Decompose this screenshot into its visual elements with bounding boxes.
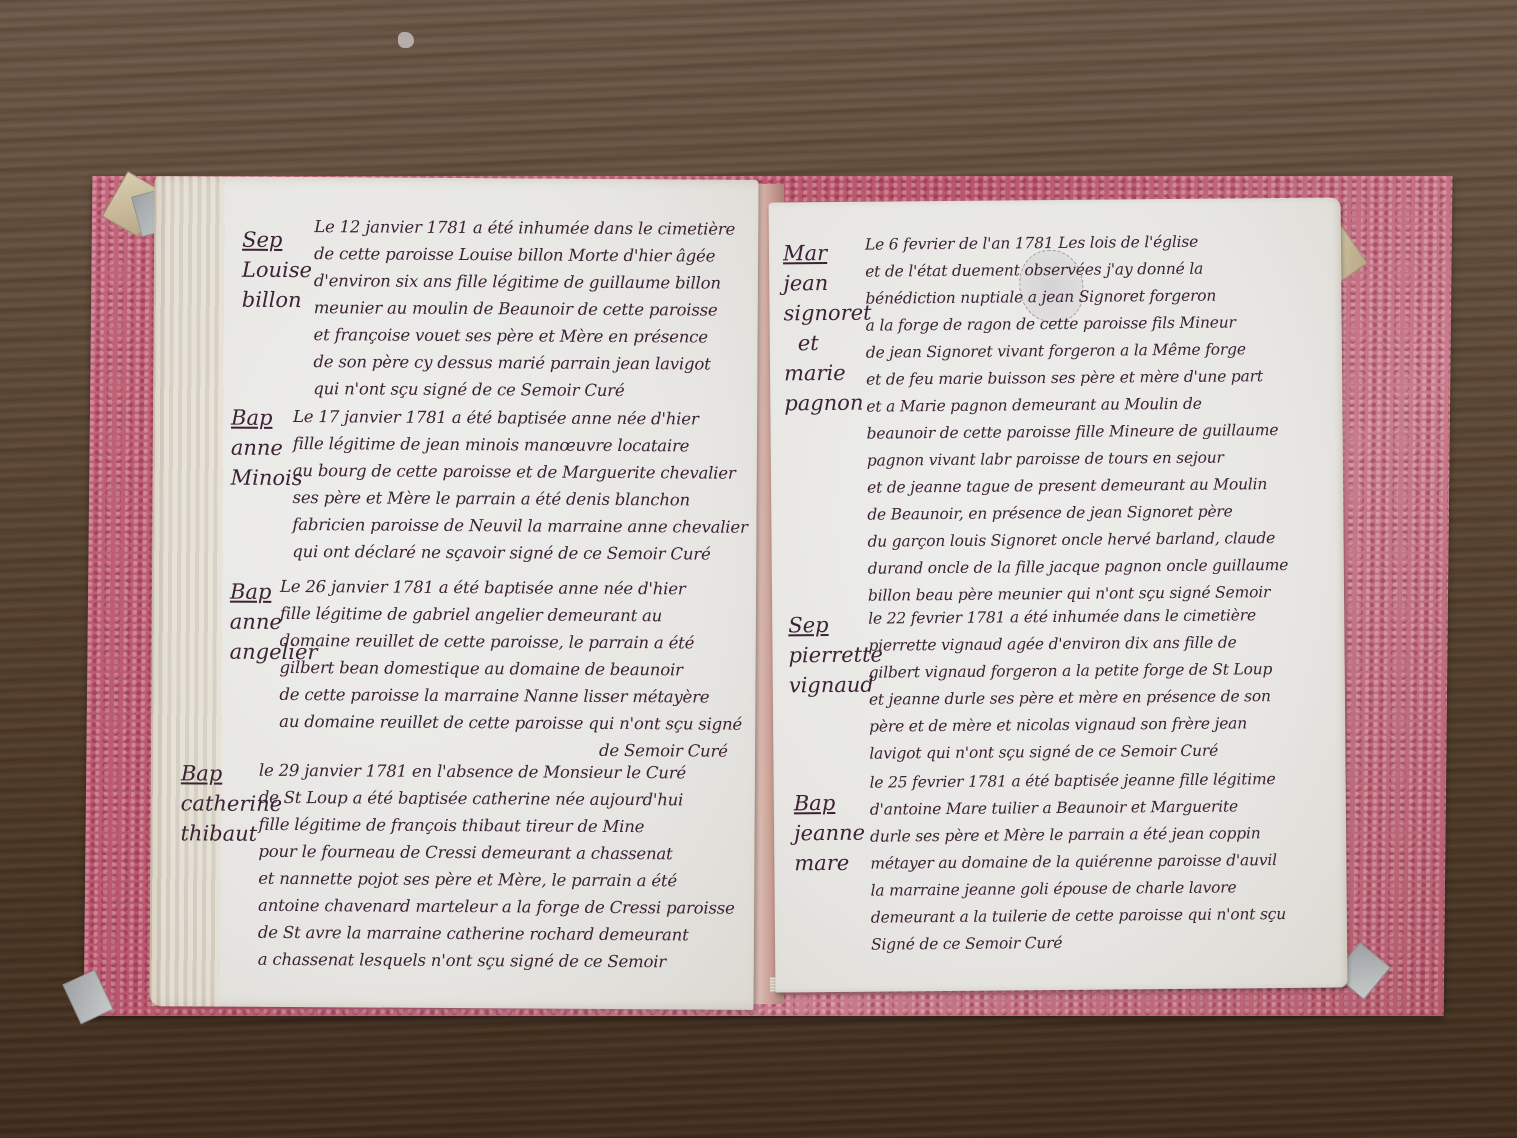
margin-note: Mar jean signoret et marie pagnon [783, 238, 873, 419]
text-line: de Beaunoir, en présence de jean Signore… [867, 498, 1288, 529]
text-line: du garçon louis Signoret oncle hervé bar… [867, 525, 1288, 556]
margin-note: Bap jeanne mare [794, 788, 866, 879]
text-line: et jeanne durle ses père et mère en prés… [869, 683, 1273, 714]
entry-text: le 22 fevrier 1781 a été inhumée dans le… [868, 602, 1273, 768]
text-line: et françoise vouet ses père et Mère en p… [313, 321, 734, 351]
conjunction: et [784, 328, 872, 359]
text-line: bénédiction nuptiale a jean Signoret for… [865, 282, 1286, 313]
text-line: a chassenat lesquels n'ont sçu signé de … [258, 946, 735, 976]
text-line: ses père et Mère le parrain a été denis … [292, 484, 747, 514]
text-line: Le 6 fevrier de l'an 1781 Les lois de l'… [865, 228, 1286, 259]
text-line: de St avre la marraine catherine rochard… [258, 919, 735, 949]
text-line: beaunoir de cette paroisse fille Mineure… [866, 417, 1287, 448]
text-line: qui n'ont sçu signé de ce Semoir Curé [313, 375, 734, 405]
entry-text: Le 6 fevrier de l'an 1781 Les lois de l'… [865, 228, 1289, 610]
text-line: d'environ six ans fille légitime de guil… [314, 267, 735, 297]
text-line: et de l'état duement observées j'ay donn… [865, 255, 1286, 286]
text-line: domaine reuillet de cette paroisse, le p… [280, 627, 743, 657]
text-line: durand oncle de la fille jacque pagnon o… [868, 552, 1289, 583]
person-name: jeanne [794, 818, 865, 849]
text-line: et de feu marie buisson ses père et mère… [866, 363, 1287, 394]
text-line: demeurant a la tuilerie de cette paroiss… [871, 901, 1286, 932]
text-line: fille légitime de gabriel angelier demeu… [280, 600, 743, 630]
text-line: gilbert vignaud forgeron a la petite for… [869, 656, 1273, 687]
text-line: Le 26 janvier 1781 a été baptisée anne n… [280, 573, 743, 603]
text-line: au domaine reuillet de cette paroisse qu… [279, 708, 742, 738]
text-line: meunier au moulin de Beaunoir de cette p… [314, 294, 735, 324]
entry-text: le 25 fevrier 1781 a été baptisée jeanne… [870, 766, 1287, 959]
text-line: pour le fourneau de Cressi demeurant a c… [258, 838, 735, 868]
entry-type: Sep [242, 225, 312, 255]
text-line: Le 17 janvier 1781 a été baptisée anne n… [293, 403, 748, 433]
person-name: signoret [783, 298, 871, 329]
entry-text: Le 12 janvier 1781 a été inhumée dans le… [313, 213, 735, 405]
text-line: père et de mère et nicolas vignaud son f… [869, 710, 1273, 741]
text-line: pierrette vignaud agée d'environ dix ans… [868, 629, 1272, 660]
entry-type: Bap [794, 788, 865, 819]
text-line: fabricien paroisse de Neuvil la marraine… [292, 511, 747, 541]
text-line: qui ont déclaré ne sçavoir signé de ce S… [292, 538, 747, 568]
person-name: marie [784, 358, 872, 389]
text-line: le 29 janvier 1781 en l'absence de Monsi… [259, 757, 736, 787]
left-page: Sep Louise billon Le 12 janvier 1781 a é… [149, 176, 758, 1010]
text-line: lavigot qui n'ont sçu signé de ce Semoir… [869, 737, 1273, 768]
text-line: métayer au domaine de la quiérenne paroi… [870, 847, 1285, 878]
text-line: au bourg de cette paroisse et de Marguer… [293, 457, 748, 487]
person-name: mare [794, 848, 865, 879]
text-line: de cette paroisse Louise billon Morte d'… [314, 240, 735, 270]
text-line: Signé de ce Semoir Curé [871, 928, 1286, 959]
margin-note: Sep Louise billon [242, 225, 313, 315]
text-line: durle ses père et Mère le parrain a été … [870, 820, 1285, 851]
text-line: de jean Signoret vivant forgeron a la Mê… [866, 336, 1287, 367]
entry-text: Le 17 janvier 1781 a été baptisée anne n… [292, 403, 748, 568]
person-name: pagnon [784, 388, 872, 419]
text-line: et nannette pojot ses père et Mère, le p… [258, 865, 735, 895]
text-line: le 22 fevrier 1781 a été inhumée dans le… [868, 602, 1272, 633]
text-line: gilbert bean domestique au domaine de be… [279, 654, 742, 684]
text-line: la marraine jeanne goli épouse de charle… [870, 874, 1285, 905]
text-line: d'antoine Mare tuilier a Beaunoir et Mar… [870, 793, 1285, 824]
text-line: antoine chavenard marteleur a la forge d… [258, 892, 735, 922]
entry-type: Mar [783, 238, 871, 269]
text-line: a la forge de ragon de cette paroisse fi… [866, 309, 1287, 340]
entry-text: le 29 janvier 1781 en l'absence de Monsi… [258, 757, 736, 976]
text-line: et a Marie pagnon demeurant au Moulin de [866, 390, 1287, 421]
entry-text: Le 26 janvier 1781 a été baptisée anne n… [279, 573, 743, 765]
right-page: Mar jean signoret et marie pagnon Le 6 f… [769, 198, 1348, 993]
text-line: de cette paroisse la marraine Nanne liss… [279, 681, 742, 711]
dust-speck [398, 32, 414, 48]
text-line: de St Loup a été baptisée catherine née … [259, 784, 736, 814]
text-line: le 25 fevrier 1781 a été baptisée jeanne… [870, 766, 1285, 797]
text-line: de son père cy dessus marié parrain jean… [313, 348, 734, 378]
text-line: Le 12 janvier 1781 a été inhumée dans le… [314, 213, 735, 243]
person-name: Louise [242, 255, 312, 285]
person-name: jean [783, 268, 871, 299]
person-name: billon [242, 285, 312, 315]
text-line: et de jeanne tague de present demeurant … [867, 471, 1288, 502]
text-line: fille légitime de jean minois manœuvre l… [293, 430, 748, 460]
text-line: fille légitime de françois thibaut tireu… [259, 811, 736, 841]
text-line: pagnon vivant labr paroisse de tours en … [867, 444, 1288, 475]
